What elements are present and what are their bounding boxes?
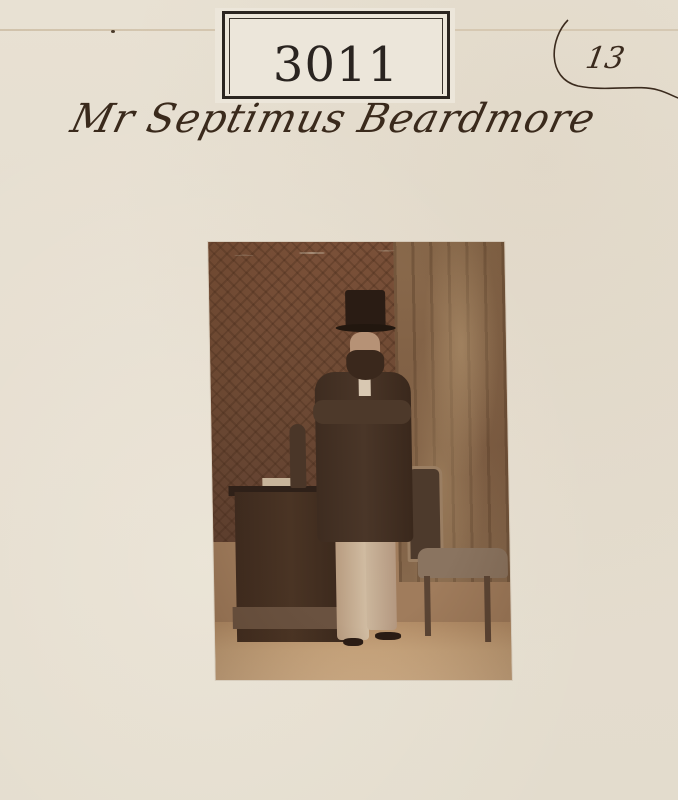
portrait-photograph bbox=[208, 242, 512, 680]
catalogue-number: 3011 bbox=[225, 40, 447, 90]
album-page: 3011 13 Mr Septimus Beardmore bbox=[0, 0, 678, 800]
page-number: 13 bbox=[583, 41, 627, 76]
photo-vignette bbox=[208, 242, 512, 680]
ink-spot bbox=[111, 30, 115, 33]
sitter-inscription: Mr Septimus Beardmore bbox=[66, 96, 600, 142]
catalogue-label-frame: 3011 bbox=[222, 11, 450, 99]
